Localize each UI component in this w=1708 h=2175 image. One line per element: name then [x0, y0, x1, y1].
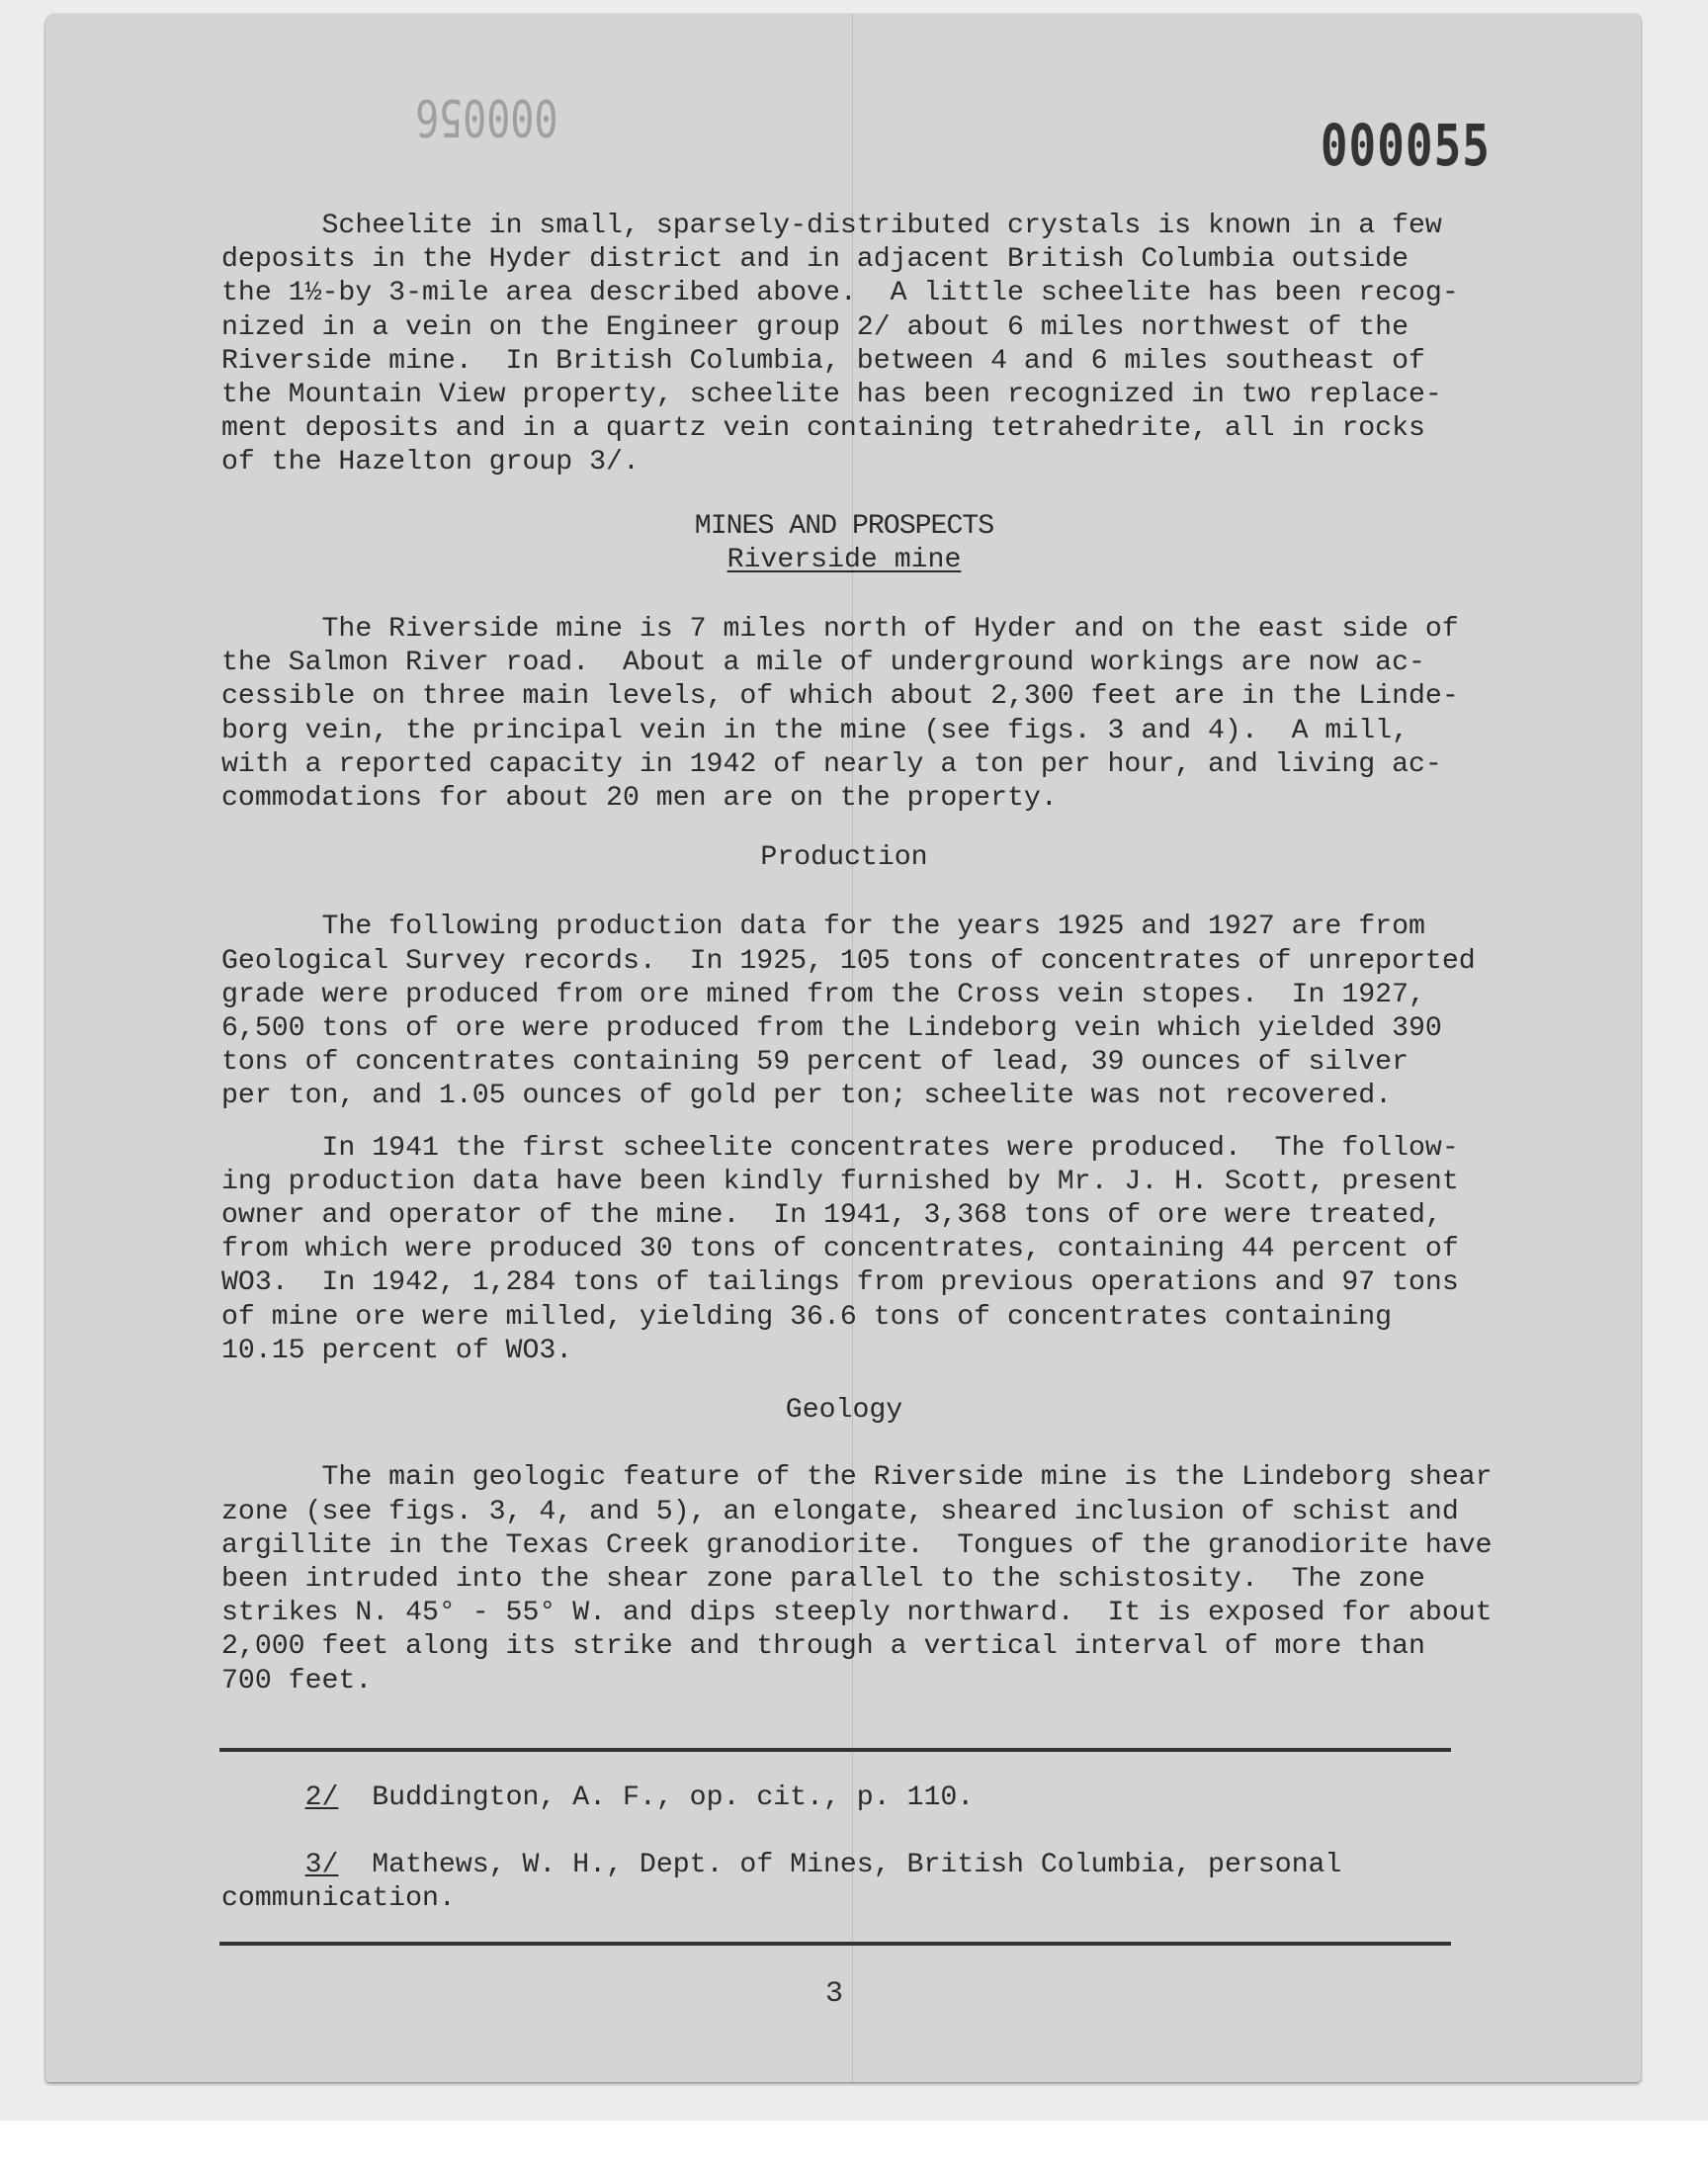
text-line: 6,500 tons of ore were produced from the…	[221, 1012, 1467, 1046]
text-line: argillite in the Texas Creek granodiorit…	[221, 1529, 1467, 1563]
text-line: 700 feet.	[221, 1665, 1467, 1698]
footnote-3-continuation: communication.	[221, 1882, 1467, 1916]
ghost-stamp-number: 000056	[415, 87, 558, 146]
subsection-heading-text: Riverside mine	[727, 545, 962, 575]
text-line: the Mountain View property, scheelite ha…	[221, 379, 1467, 412]
footnote-rule-top	[219, 1748, 1451, 1752]
text-line: been intruded into the shear zone parall…	[221, 1563, 1467, 1597]
text-line: from which were produced 30 tons of conc…	[221, 1233, 1467, 1266]
text-line: The main geologic feature of the Riversi…	[221, 1461, 1467, 1495]
footnotes: 2/ Buddington, A. F., op. cit., p. 110. …	[221, 1768, 1467, 1916]
footnote-3: 3/ Mathews, W. H., Dept. of Mines, Briti…	[221, 1849, 1467, 1882]
stamp-number: 000055	[1321, 112, 1491, 179]
page-number: 3	[825, 1977, 843, 2011]
subsection-heading: Riverside mine	[221, 544, 1467, 577]
text-line: WO3. In 1942, 1,284 tons of tailings fro…	[221, 1266, 1467, 1300]
footnote-rule-bottom	[219, 1942, 1451, 1946]
geology-paragraph: The main geologic feature of the Riversi…	[221, 1461, 1467, 1697]
footnote-2: 2/ Buddington, A. F., op. cit., p. 110.	[221, 1782, 1467, 1815]
text-line: Geological Survey records. In 1925, 105 …	[221, 945, 1467, 979]
text-line: ment deposits and in a quartz vein conta…	[221, 412, 1467, 446]
text-line: with a reported capacity in 1942 of near…	[221, 748, 1467, 782]
text-line: the 1½-by 3-mile area described above. A…	[221, 277, 1467, 310]
text-line: 10.15 percent of WO3.	[221, 1335, 1467, 1368]
footnote-text: Mathews, W. H., Dept. of Mines, British …	[372, 1850, 1341, 1880]
production-paragraph-1: The following production data for the ye…	[221, 911, 1467, 1113]
text-line: of the Hazelton group 3/.	[221, 446, 1467, 479]
paragraph-spacer	[221, 1114, 1467, 1132]
text-line: nized in a vein on the Engineer group 2/…	[221, 311, 1467, 345]
text-line: cessible on three main levels, of which …	[221, 680, 1467, 714]
text-line: commodations for about 20 men are on the…	[221, 782, 1467, 816]
text-line: The following production data for the ye…	[221, 911, 1467, 944]
geology-heading: Geology	[221, 1394, 1467, 1428]
text-line: Scheelite in small, sparsely-distributed…	[221, 210, 1467, 243]
text-line: borg vein, the principal vein in the min…	[221, 715, 1467, 748]
text-line: The Riverside mine is 7 miles north of H…	[221, 613, 1467, 647]
text-line: ing production data have been kindly fur…	[221, 1166, 1467, 1199]
text-line: Riverside mine. In British Columbia, bet…	[221, 345, 1467, 379]
riverside-paragraph: The Riverside mine is 7 miles north of H…	[221, 613, 1467, 816]
footnote-mark: 3/	[305, 1850, 339, 1880]
footnote-text: Buddington, A. F., op. cit., p. 110.	[372, 1783, 974, 1813]
text-line: deposits in the Hyder district and in ad…	[221, 243, 1467, 277]
production-heading: Production	[221, 841, 1467, 875]
text-line: tons of concentrates containing 59 perce…	[221, 1046, 1467, 1080]
text-line: zone (see figs. 3, 4, and 5), an elongat…	[221, 1496, 1467, 1529]
text-line: strikes N. 45° - 55° W. and dips steeply…	[221, 1597, 1467, 1630]
text-line: the Salmon River road. About a mile of u…	[221, 647, 1467, 680]
section-heading: MINES AND PROSPECTS	[221, 510, 1467, 544]
footnote-mark: 2/	[305, 1783, 339, 1813]
intro-paragraph: Scheelite in small, sparsely-distributed…	[221, 210, 1467, 480]
text-line: In 1941 the first scheelite concentrates…	[221, 1132, 1467, 1166]
text-line: grade were produced from ore mined from …	[221, 979, 1467, 1012]
text-line: 2,000 feet along its strike and through …	[221, 1630, 1467, 1664]
document-body: Scheelite in small, sparsely-distributed…	[221, 210, 1467, 1698]
text-line: per ton, and 1.05 ounces of gold per ton…	[221, 1080, 1467, 1113]
text-line: of mine ore were milled, yielding 36.6 t…	[221, 1301, 1467, 1335]
text-line: owner and operator of the mine. In 1941,…	[221, 1199, 1467, 1233]
footnote-ref-2-line: nized in a vein on the Engineer group 2/…	[221, 312, 1409, 343]
production-paragraph-2: In 1941 the first scheelite concentrates…	[221, 1132, 1467, 1368]
